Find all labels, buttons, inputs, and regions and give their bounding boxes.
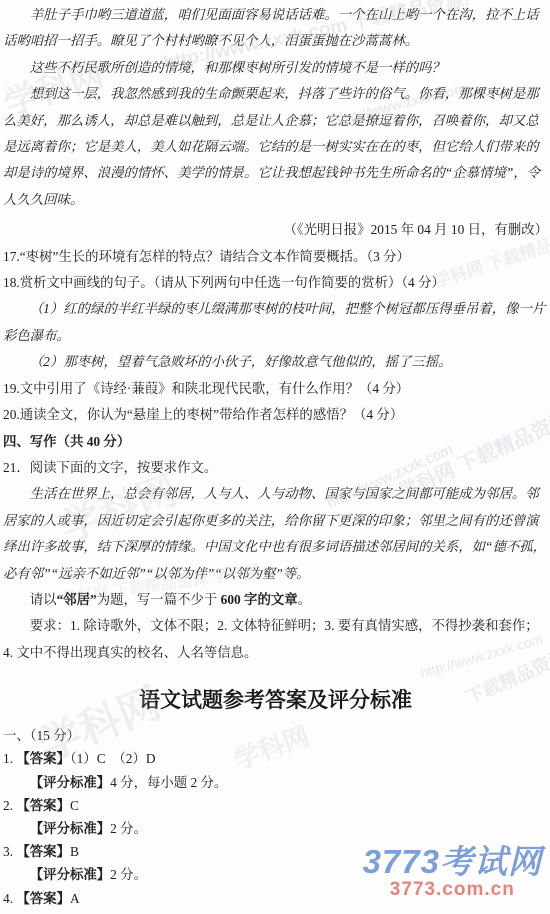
question-19: 19.文中引用了《诗经·蒹葭》和陕北现代民歌，有什么作用？（4 分） — [3, 376, 548, 402]
answer-number: 4. — [3, 891, 13, 906]
reflection-paragraph: 想到这一层，我忽然感到我的生命颤栗起来，抖落了些许的俗气。你看，那棵枣树是那么美… — [3, 81, 548, 213]
score-label: 【评分标准】 — [30, 775, 110, 790]
answer-label: 【答案】 — [16, 891, 70, 906]
title-line-mid: 为题，写一篇不少于 — [97, 592, 221, 607]
score-value: 2 分。 — [110, 821, 147, 836]
question-18-sentence-1: （1）红的绿的半红半绿的枣儿缀满那枣树的枝叶间，把整个树冠都压得垂吊着，像一片彩… — [3, 296, 548, 349]
answer-value: B — [70, 844, 79, 859]
score-value: 2 分。 — [110, 867, 147, 882]
answer-value: A — [70, 891, 80, 906]
folk-song-paragraph: 羊肚子手巾哟三道道蓝，咱们见面面容易说话话难。一个在山上哟一个在沟，拉不上话话哟… — [3, 2, 548, 55]
question-20: 20.通读全文，你认为“悬崖上的枣树”带给作者怎样的感悟？（4 分） — [3, 402, 548, 428]
answer-number: 3. — [3, 844, 13, 859]
score-item-1: 【评分标准】4 分，每小题 2 分。 — [3, 771, 548, 794]
question-17: 17.“枣树”生长的环境有怎样的特点？请结合文本作简要概括。（3 分） — [3, 244, 548, 270]
answer-item-1: 1. 【答案】（1）C （2）D — [3, 747, 548, 770]
answer-label: 【答案】 — [16, 798, 70, 813]
question-18: 18.赏析文中画线的句子。（请从下列两句中任选一句作简要的赏析）（4 分） — [3, 270, 548, 296]
requirements-line-1: 要求：1. 除诗歌外，文体不限；2. 文体特征鲜明；3. 要有真情实感，不得抄袭… — [3, 613, 548, 639]
score-value: 4 分，每小题 2 分。 — [110, 775, 227, 790]
answer-number: 2. — [3, 798, 13, 813]
answer-value: C — [70, 798, 79, 813]
score-label: 【评分标准】 — [30, 821, 110, 836]
answer-value: （1）C （2）D — [70, 751, 156, 766]
answer-label: 【答案】 — [16, 844, 70, 859]
3773-exam-site-logo: 3773考试网 3773.com.cn — [363, 845, 542, 901]
answer-key-title: 语文试题参考答案及评分标准 — [3, 687, 548, 715]
3773-logo-url: 3773.com.cn — [363, 879, 542, 901]
writing-prompt-paragraph: 生活在世界上，总会有邻居，人与人、人与动物、国家与国家之间都可能成为邻居。邻居家… — [3, 481, 548, 587]
title-line-end: 。 — [298, 592, 311, 607]
commentary-paragraph: 这些不朽民歌所创造的情境，和那棵枣树所引发的情境不是一样的吗？ — [3, 55, 548, 81]
essay-topic: “邻居” — [57, 592, 97, 607]
requirements-line-2: 4. 文中不得出现真实的校名、人名等信息。 — [3, 640, 548, 666]
writing-section-heading: 四、写作（共 40 分） — [3, 429, 548, 455]
answer-section-one-heading: 一、（15 分） — [3, 724, 548, 747]
score-label: 【评分标准】 — [30, 867, 110, 882]
exam-document-page: http://www.zxxk.com 下载精品资源! 学科网 http://w… — [0, 0, 550, 914]
question-21-intro: 21．阅读下面的文字，按要求作文。 — [3, 455, 548, 481]
3773-logo-text: 3773考试网 — [363, 845, 542, 879]
document-content: 羊肚子手巾哟三道道蓝，咱们见面面容易说话话难。一个在山上哟一个在沟，拉不上话话哟… — [3, 2, 548, 910]
source-citation: （《光明日报》2015 年 04 月 10 日，有删改） — [3, 217, 548, 243]
question-18-sentence-2: （2）那枣树，望着气急败坏的小伙子，好像故意气他似的，摇了三摇。 — [3, 349, 548, 375]
word-count-requirement: 600 字的文章 — [221, 592, 298, 607]
title-line-pre: 请以 — [30, 592, 57, 607]
answer-number: 1. — [3, 751, 13, 766]
essay-title-line: 请以“邻居”为题，写一篇不少于 600 字的文章。 — [3, 587, 548, 613]
answer-item-2: 2. 【答案】C — [3, 794, 548, 817]
score-item-2: 【评分标准】2 分。 — [3, 817, 548, 840]
answer-label: 【答案】 — [16, 751, 70, 766]
